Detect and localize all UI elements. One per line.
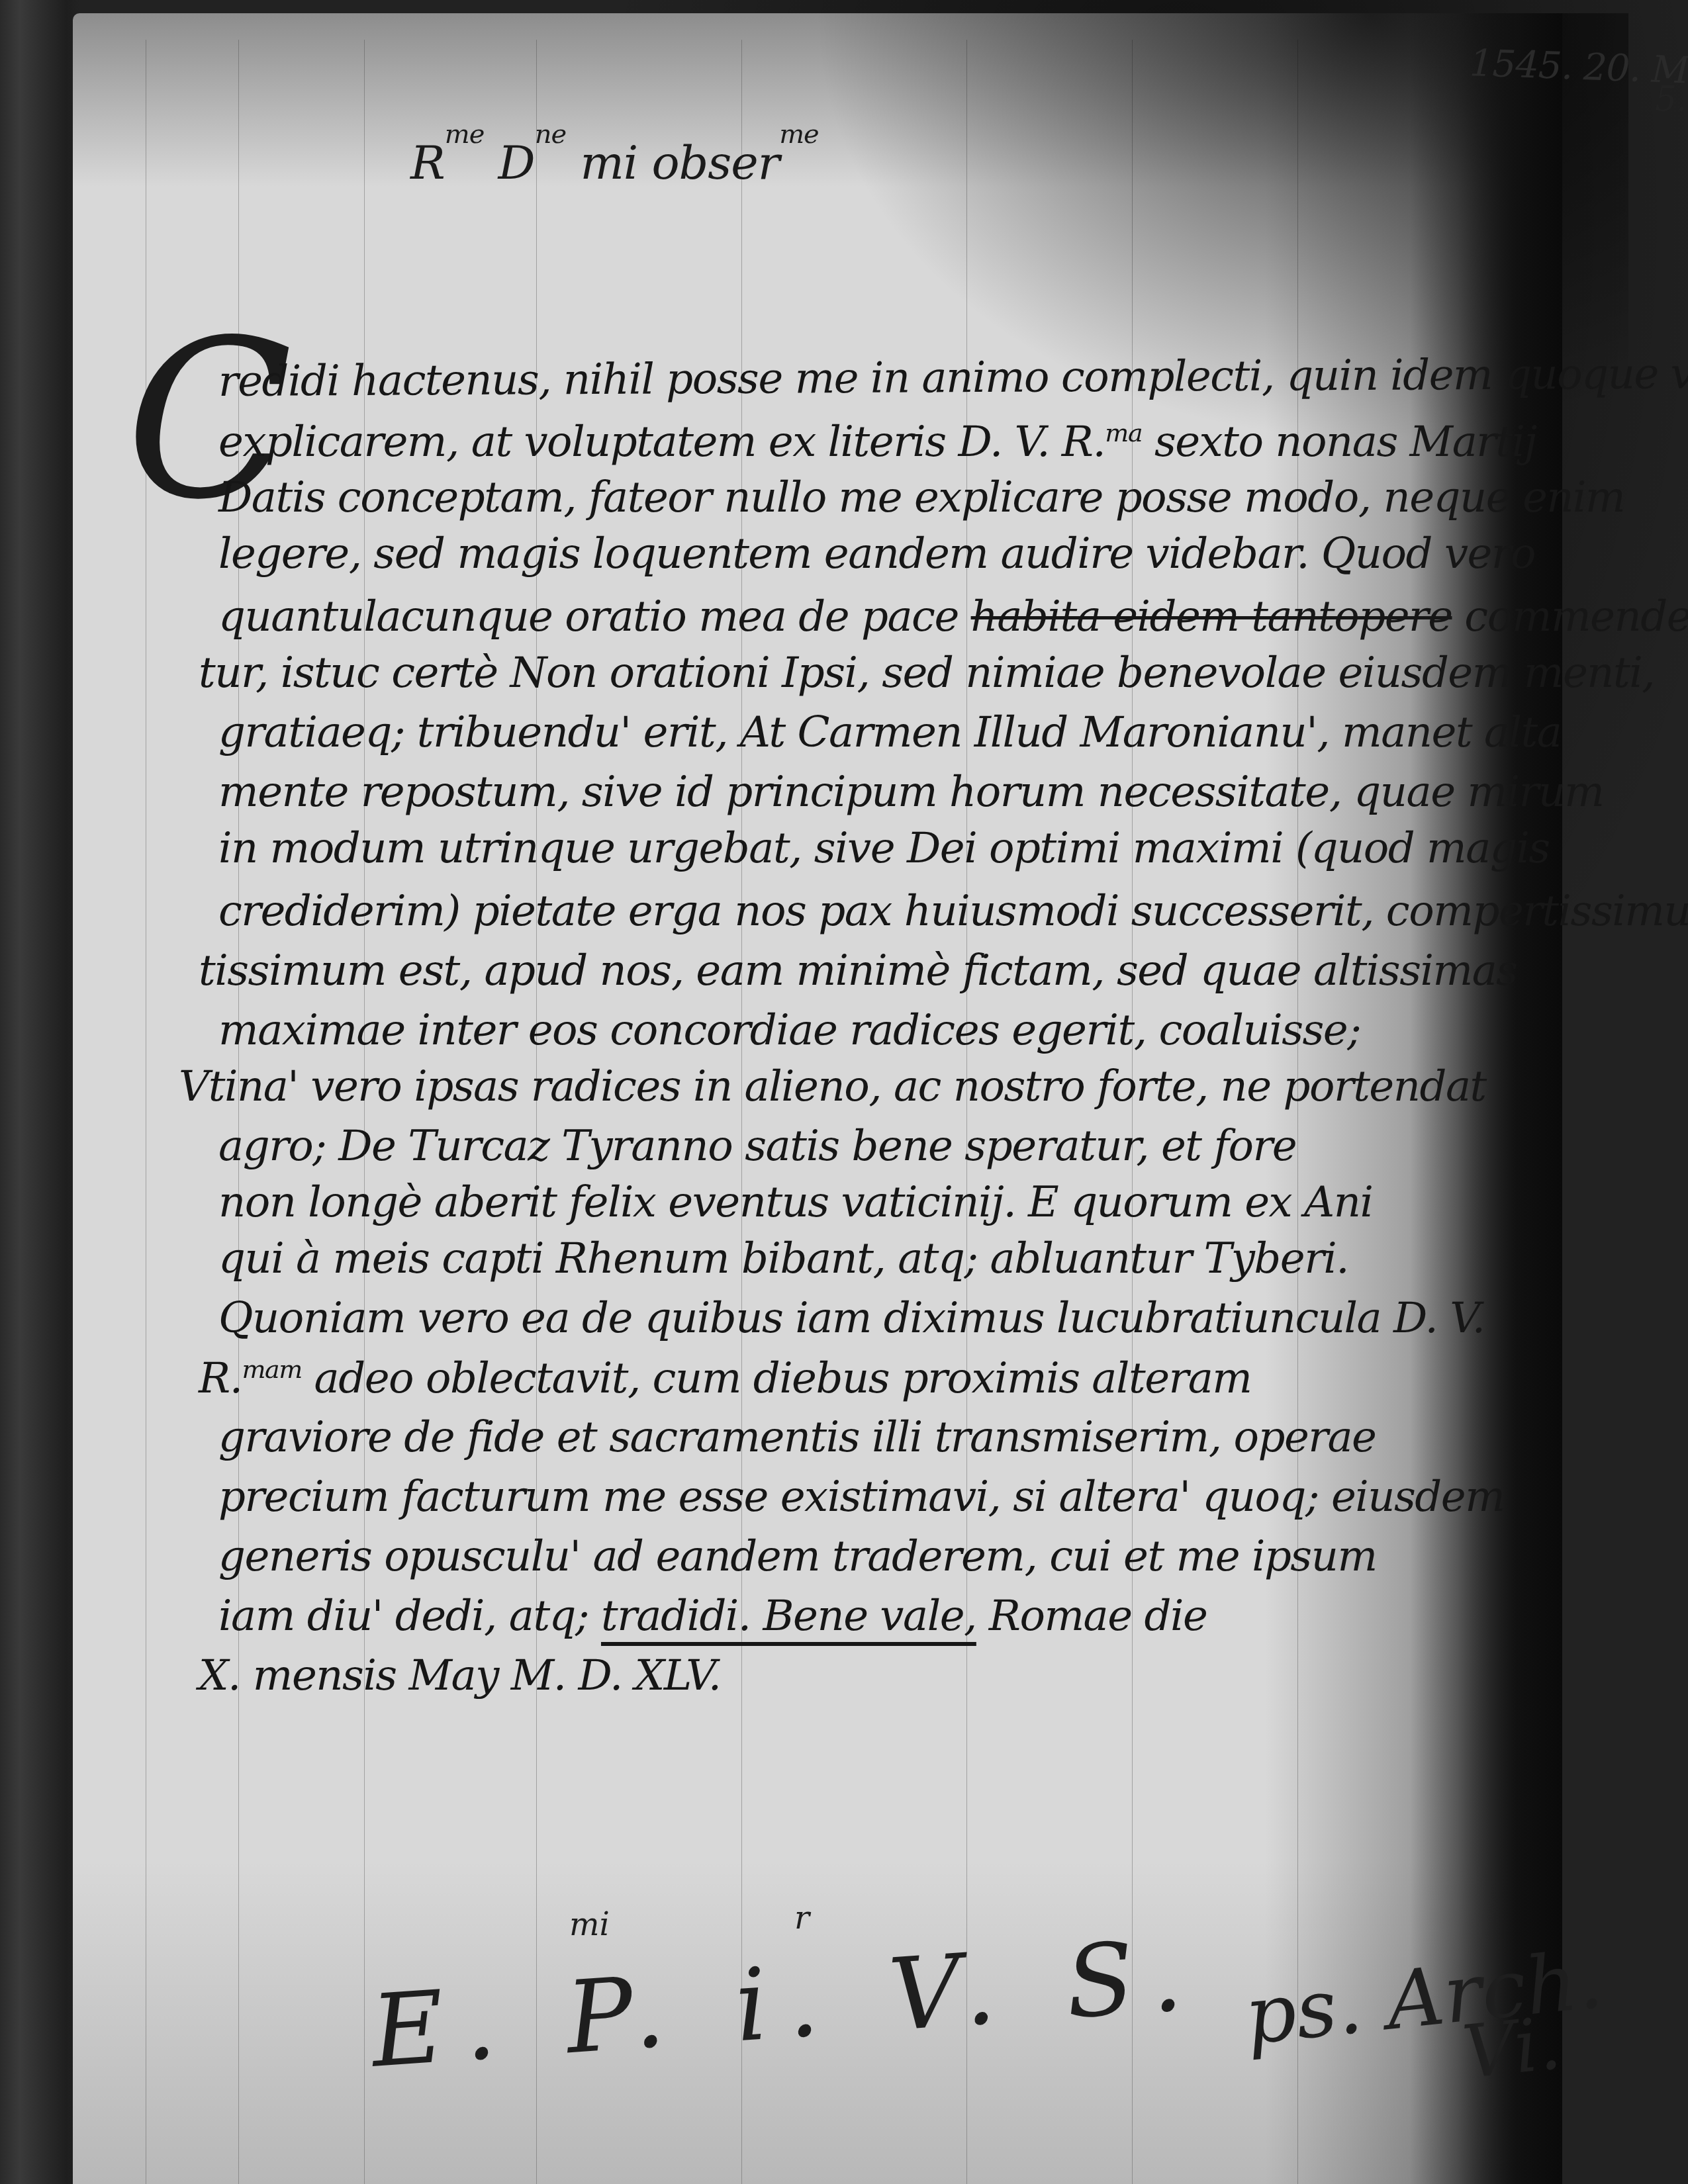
letter-line: gratiaeq; tribuendu' erit, At Carmen Ill…	[218, 711, 1561, 754]
letter-line: tissimum est, apud nos, eam minimè ficta…	[199, 950, 1517, 992]
letter-line: tur, istuc certè Non orationi Ipsi, sed …	[199, 652, 1654, 694]
letter-line: qui à meis capti Rhenum bibant, atq; abl…	[218, 1238, 1348, 1280]
letter-line: quantulacunque oratio mea de pace habita…	[218, 596, 1688, 638]
struck-text: habita eidem tantopere	[971, 592, 1452, 641]
salutation-dne: D	[484, 136, 534, 190]
letter-line: mente repostum, sive id principum horum …	[218, 771, 1604, 813]
letter-line: legere, sed magis loquentem eandem audir…	[218, 533, 1535, 575]
signature-superscript: mi	[569, 1906, 610, 1943]
letter-line: Datis conceptam, fateor nullo me explica…	[218, 477, 1624, 519]
salutation: Rme Dne mi obserme	[410, 136, 819, 190]
salutation-main: R	[410, 136, 445, 190]
salutation-sup: me	[779, 119, 819, 150]
letter-line: explicarem, at voluptatem ex literis D. …	[218, 420, 1536, 463]
superscript: mam	[242, 1355, 302, 1384]
letter-text: R.	[199, 1354, 242, 1403]
letter-line: crediderim) pietate erga nos pax huiusmo…	[218, 890, 1688, 933]
signature-title: Vi.	[1459, 2001, 1565, 2095]
letter-line: precium facturum me esse existimavi, si …	[218, 1476, 1504, 1518]
letter-text: X.	[199, 1651, 240, 1700]
letter-text: commende-	[1452, 592, 1688, 641]
superscript: ma	[1105, 418, 1142, 447]
letter-closing-date: X. mensis May M. D. XLV.	[199, 1655, 721, 1697]
letter-line: R.mam adeo oblectavit, cum diebus proxim…	[199, 1357, 1252, 1400]
letter-line: agro; De Turcaz Tyranno satis bene spera…	[218, 1125, 1296, 1167]
underlined-text: tradidi. Bene vale,	[601, 1592, 976, 1641]
letter-line: graviore de fide et sacramentis illi tra…	[218, 1416, 1376, 1459]
letter-line: Quoniam vero ea de quibus iam diximus lu…	[218, 1297, 1485, 1340]
salutation-rest: mi obser	[566, 136, 779, 190]
salutation-sup: me	[445, 119, 485, 150]
letter-text: adeo oblectavit, cum diebus proximis alt…	[314, 1354, 1252, 1403]
letter-text: iam diu' dedi, atq;	[218, 1592, 588, 1641]
letter-text: mensis May M. D. XLV.	[253, 1651, 721, 1700]
letter-line: maximae inter eos concordiae radices ege…	[218, 1009, 1360, 1052]
letter-line: generis opusculu' ad eandem traderem, cu…	[218, 1535, 1377, 1578]
letter-text: explicarem, at voluptatem ex literis D. …	[218, 418, 1105, 467]
letter-line: redidi hactenus, nihil posse me in animo…	[218, 353, 1688, 403]
letter-line: Vtina' vero ipsas radices in alieno, ac …	[179, 1066, 1486, 1108]
letter-text: Romae die	[976, 1592, 1207, 1641]
letter-line: non longè aberit felix eventus vaticinij…	[218, 1181, 1372, 1224]
salutation-sup: ne	[535, 119, 566, 150]
letter-line: iam diu' dedi, atq; tradidi. Bene vale, …	[218, 1595, 1207, 1637]
folio-number: 5.	[1655, 79, 1687, 119]
letter-line: in modum utrinque urgebat, sive Dei opti…	[218, 827, 1550, 870]
signature-superscript: r	[794, 1899, 810, 1936]
letter-text: sexto nonas Martij	[1142, 418, 1536, 467]
letter-text: quantulacunque oratio mea de pace	[218, 592, 959, 641]
